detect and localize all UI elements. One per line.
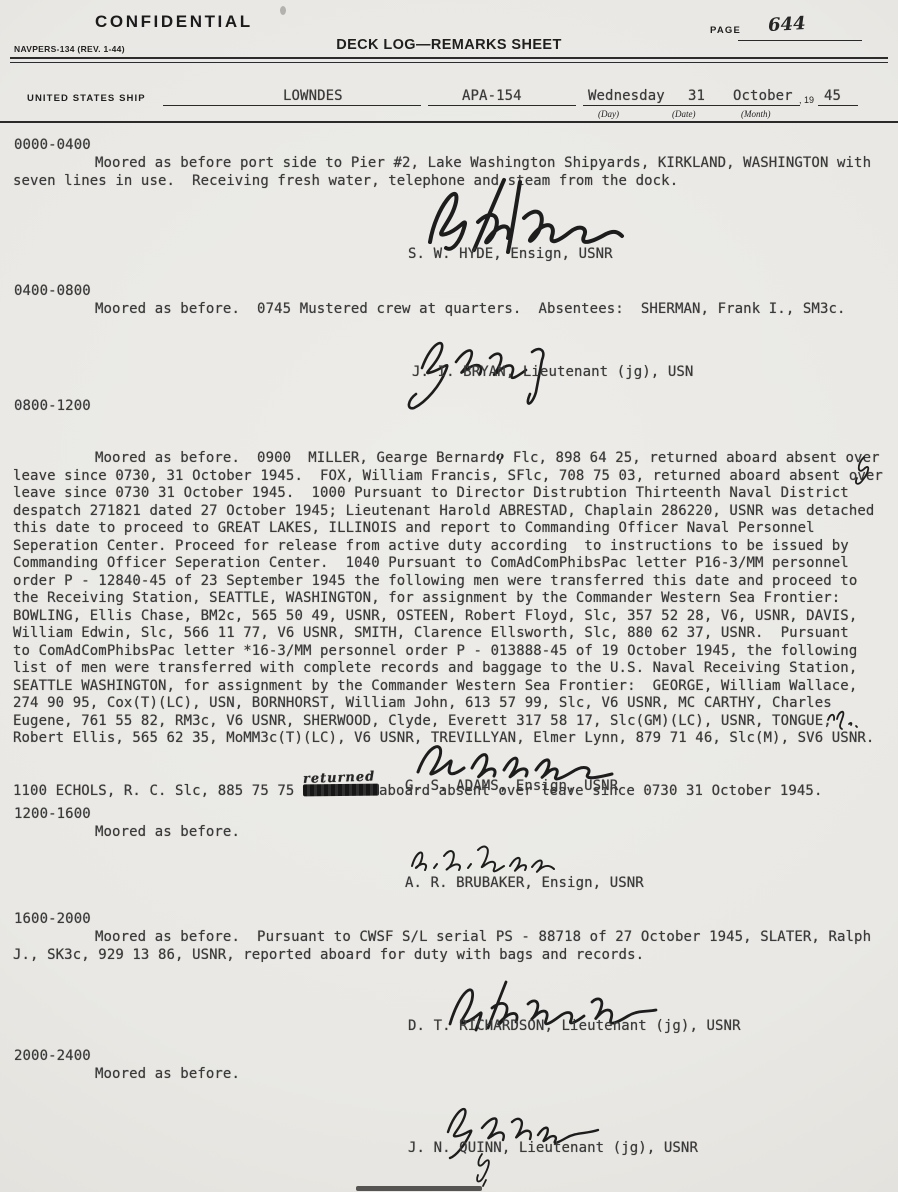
classification-stamp: CONFIDENTIAL bbox=[95, 12, 253, 32]
handwritten-page-number: 644 bbox=[767, 13, 806, 36]
signer-name-bryan: J. I. BRYAN, Lieutenant (jg), USN bbox=[412, 364, 693, 382]
log-entry-0400-0800: Moored as before. 0745 Mustered crew at … bbox=[13, 301, 889, 319]
watch-label-0000-0400: 0000-0400 bbox=[14, 137, 91, 155]
struck-out-word: returned bbox=[303, 783, 379, 801]
signer-name-hyde: S. W. HYDE, Ensign, USNR bbox=[408, 246, 613, 264]
handwritten-returned: returned bbox=[303, 767, 414, 788]
day-caption: (Day) bbox=[598, 109, 619, 119]
year-prefix: , 19 bbox=[799, 95, 814, 105]
month-value: October bbox=[733, 88, 793, 106]
log-entry-1200-1600: Moored as before. bbox=[13, 824, 889, 842]
signer-name-richardson: D. T. RICHARDSON, Lieutenant (jg), USNR bbox=[408, 1018, 741, 1036]
handwritten-margin-mark bbox=[848, 455, 874, 487]
signer-name-quinn: J. N. QUINN, Lieutenant (jg), USNR bbox=[408, 1140, 698, 1158]
month-caption: (Month) bbox=[741, 109, 771, 119]
deck-log-remarks-sheet: CONFIDENTIAL PAGE 644 NAVPERS-134 (REV. … bbox=[0, 0, 898, 1192]
ship-label: UNITED STATES SHIP bbox=[27, 93, 146, 104]
log-entry-0800-1200-body: Moored as before. 0900 MILLER, Gearge Be… bbox=[13, 450, 891, 748]
log-entry-2000-2400: Moored as before. bbox=[13, 1066, 889, 1084]
header-heavy-rule bbox=[0, 121, 898, 123]
handwritten-letter-correction: o bbox=[496, 449, 504, 463]
handwritten-initials-mark bbox=[822, 700, 860, 732]
signer-name-brubaker: A. R. BRUBAKER, Ensign, USNR bbox=[405, 875, 644, 893]
handwritten-check-mark bbox=[468, 1150, 498, 1188]
watch-label-2000-2400: 2000-2400 bbox=[14, 1048, 91, 1066]
watch-label-1200-1600: 1200-1600 bbox=[14, 806, 91, 824]
page-label: PAGE bbox=[710, 25, 741, 36]
lastline-prefix: 1100 ECHOLS, R. C. Slc, 885 75 75 bbox=[13, 783, 303, 799]
signature-adams bbox=[406, 736, 616, 782]
watch-label-0400-0800: 0400-0800 bbox=[14, 283, 91, 301]
signature-brubaker bbox=[404, 840, 559, 874]
hull-number-value: APA-154 bbox=[462, 88, 522, 106]
sheet-title: DECK LOG—REMARKS SHEET bbox=[0, 37, 898, 53]
date-caption: (Date) bbox=[672, 109, 696, 119]
scan-edge-artifact bbox=[356, 1186, 482, 1191]
ship-name-value: LOWNDES bbox=[283, 88, 343, 106]
watch-label-0800-1200: 0800-1200 bbox=[14, 398, 91, 416]
watch-label-1600-2000: 1600-2000 bbox=[14, 911, 91, 929]
day-value: 31 bbox=[688, 88, 705, 106]
signer-name-adams: G. S. ADAMS, Ensign, USNR bbox=[405, 778, 618, 796]
header-double-rule bbox=[10, 57, 888, 63]
weekday-value: Wednesday bbox=[588, 88, 665, 106]
year-value: 45 bbox=[824, 88, 841, 106]
log-entry-1600-2000: Moored as before. Pursuant to CWSF S/L s… bbox=[13, 929, 889, 964]
scan-spot-artifact bbox=[280, 6, 286, 15]
